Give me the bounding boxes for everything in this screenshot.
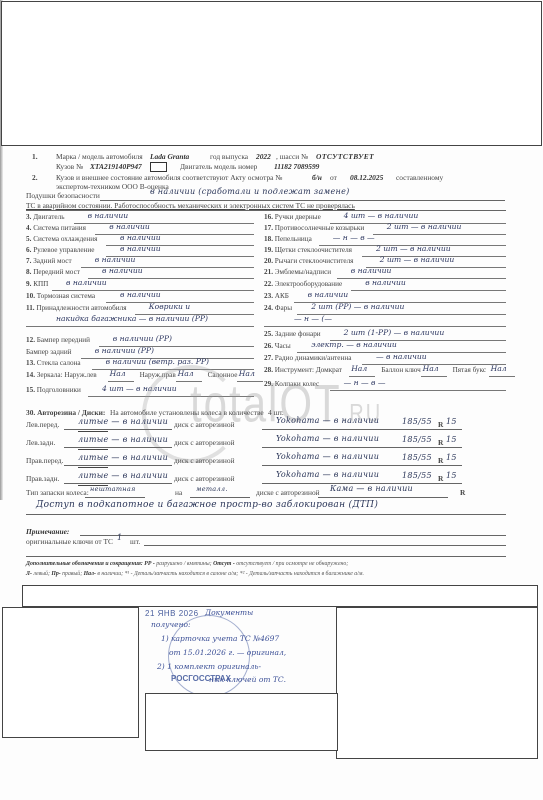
- act-from-label: от: [330, 173, 337, 182]
- item-value-continued: накидка багажника — в наличии (РР): [56, 314, 208, 323]
- item-label-text: Рычаги стеклоочистителя: [275, 257, 354, 265]
- item-number: 6.: [26, 246, 31, 254]
- item-value: в наличии (РР): [95, 346, 154, 355]
- tyre-underline: [64, 483, 172, 484]
- tyre-r-label: R: [438, 456, 443, 465]
- left-item-7: 10. Тормозная системав наличии: [26, 292, 254, 302]
- legend-s2: *² - Деталь/запчасть находится в багажни…: [240, 571, 364, 577]
- item-label: 7. Задний мост: [26, 257, 72, 265]
- keys-value: 1: [117, 533, 122, 542]
- item-value: в наличии: [66, 278, 107, 287]
- item-label: 26. Часы: [264, 342, 291, 350]
- item-number: 18.: [264, 235, 273, 243]
- redacted-signature-strip: [22, 585, 538, 607]
- tyre-radius-value: 15: [446, 435, 457, 444]
- tyre-position-label: Лев.перед.: [26, 420, 59, 429]
- act-date: 08.12.2025: [350, 173, 383, 182]
- redacted-vin-tail: [150, 162, 167, 172]
- item-underline: [264, 326, 506, 327]
- legend-pr-text: правый;: [62, 571, 82, 577]
- stamp-line-2: получено:: [151, 620, 191, 629]
- item-value: Нал: [423, 364, 439, 373]
- condition-note: ТС в аварийном состоянии. Работоспособно…: [26, 201, 355, 210]
- tyre-underline: [64, 429, 172, 430]
- item-label-text: Принадлежности автомобиля: [36, 304, 126, 312]
- tyre-underline: [262, 465, 462, 466]
- right-item-7: 23. АКБв наличии: [264, 292, 506, 302]
- item-number: 3.: [26, 213, 31, 221]
- spare-type-underline: [85, 497, 145, 498]
- item-value: в наличии: [351, 266, 392, 275]
- disk-value: литые — в наличии: [78, 453, 168, 462]
- tyre-size-value: 185/55: [402, 435, 432, 444]
- item-number: 28.: [264, 366, 273, 374]
- body-value: XTA219140P947: [90, 162, 142, 171]
- item-value: 2 шт — в наличии: [387, 222, 462, 231]
- item-underline: [26, 326, 254, 327]
- legend-pp-abbr: РР -: [144, 561, 154, 567]
- tyre-size-value: 185/55: [402, 453, 432, 462]
- make-value: Lada Granta: [150, 152, 189, 161]
- engine-value: 11182 7089599: [274, 162, 319, 171]
- year-value: 2022: [256, 152, 271, 161]
- keys-label: оригинальные ключи от ТС: [26, 537, 113, 546]
- tyre-r-label: R: [438, 438, 443, 447]
- item-label: 4. Система питания: [26, 224, 86, 232]
- tyre-position-label: Лев.задн.: [26, 438, 55, 447]
- stamp-line-3: 1) карточка учета ТС №4697: [161, 634, 279, 643]
- item-value: электр. — в наличии: [311, 340, 397, 349]
- item-label: 24. Фары: [264, 304, 292, 312]
- item-label-text: Радио динамики/антенна: [275, 354, 352, 362]
- tyre-r-label: R: [438, 474, 443, 483]
- disk-tyre-label: диск с авторезиной: [174, 420, 235, 429]
- redacted-left-block: [2, 607, 139, 738]
- legend-s1: *¹ - Деталь/запчасть находится в салоне …: [124, 571, 238, 577]
- legend-l-text: левый;: [33, 571, 50, 577]
- item-label: Бампер задний: [26, 348, 72, 356]
- item-label: 17. Противосолнечные козырьки: [264, 224, 364, 232]
- legend-l-abbr: Л-: [26, 571, 32, 577]
- tyre-underline: [64, 465, 172, 466]
- item-number: 19.: [264, 246, 273, 254]
- extra-note-underline: [26, 514, 506, 515]
- disk-type-caption: [78, 449, 108, 450]
- chassis-label: , шасси №: [276, 152, 308, 161]
- item-number: 4.: [26, 224, 31, 232]
- legend-otsut-text: отсутствует / при осмотре не обнаружено;: [236, 561, 348, 567]
- item-label-text: Эмблемы/надписи: [275, 268, 331, 276]
- right-item-9: 25. Задние фонари2 шт (1-РР) — в наличии: [264, 330, 506, 340]
- item-label-text: Инструмент: Домкрат: [275, 366, 342, 374]
- item-label-text: Задние фонари: [275, 330, 321, 338]
- right-item-0: 16. Ручки дверные4 шт — в наличии: [264, 213, 506, 223]
- legend-title: Дополнительные обозначения и сокращения:: [26, 561, 143, 567]
- item-value: — в наличии: [376, 352, 427, 361]
- item-number: 25.: [264, 330, 273, 338]
- tyre-underline: [262, 429, 462, 430]
- item-label: 11. Принадлежности автомобиля: [26, 304, 127, 312]
- tyre-brand-value: Yokohama — в наличии: [276, 416, 379, 425]
- spare-tyre: Кама — в наличии: [330, 484, 413, 493]
- item-label: 14. Зеркала: Наруж.лев: [26, 371, 97, 379]
- disk-tyre-label: диск с авторезиной: [174, 438, 235, 447]
- left-item-3: 6. Рулевое управлениев наличии: [26, 246, 254, 256]
- left-item-5: 8. Передний моств наличии: [26, 268, 254, 278]
- item-sublabel: Баллон ключ: [381, 366, 421, 374]
- item-value-continued: — н — (—: [294, 314, 332, 323]
- item-number: 21.: [264, 268, 273, 276]
- document-page: 1. Марка / модель автомобиля Lada Granta…: [0, 0, 543, 800]
- item-value: 2 шт — в наличии: [380, 255, 455, 264]
- legend: Дополнительные обозначения и сокращения:…: [26, 561, 348, 567]
- tyre-row: Лев.перед.литые — в наличиидиск с авторе…: [26, 420, 506, 434]
- item-label: 19. Щетки стеклоочистителя: [264, 246, 352, 254]
- keys-unit: шт.: [130, 537, 140, 546]
- item-label-text: Задний мост: [33, 257, 71, 265]
- notes-underline: [80, 535, 506, 536]
- tyre-position-label: Прав.задн.: [26, 474, 59, 483]
- tyre-size-value: 185/55: [402, 417, 432, 426]
- item-label: 12. Бампер передний: [26, 336, 90, 344]
- item-2-number: 2.: [32, 173, 38, 182]
- item-label: 22. Электрооборудование: [264, 280, 342, 288]
- left-item-8: 11. Принадлежности автомобиляКоврики ина…: [26, 304, 254, 314]
- legend-otsut-abbr: Отсут -: [213, 561, 235, 567]
- stamp-line-6: ных ключей от ТС.: [209, 675, 286, 684]
- item-label: 3. Двигатель: [26, 213, 64, 221]
- compiled-label: составленному: [396, 173, 443, 182]
- item-label-text: Система питания: [33, 224, 86, 232]
- stamp-line-1: Документы: [205, 608, 253, 617]
- item-label: 9. КПП: [26, 280, 48, 288]
- item-label: 13. Стекла салона: [26, 359, 81, 367]
- item-value: в наличии (РР): [113, 334, 172, 343]
- right-item-5: 21. Эмблемы/надписив наличии: [264, 268, 506, 278]
- tyre-radius-value: 15: [446, 471, 457, 480]
- item-value: — н — в —: [333, 233, 375, 242]
- item-value: 2 шт (РР) — в наличии: [311, 302, 404, 311]
- item-label: 25. Задние фонари: [264, 330, 321, 338]
- item-label-text: АКБ: [275, 292, 289, 300]
- disk-type-caption: [78, 467, 108, 468]
- airbags-label: Подушки безопасности: [26, 191, 100, 200]
- item-number: 14.: [26, 371, 35, 379]
- item-number: 10.: [26, 292, 35, 300]
- item-label: 8. Передний мост: [26, 268, 80, 276]
- legend-nal-abbr: Нал-: [84, 571, 96, 577]
- spare-disk-underline: [190, 497, 250, 498]
- item-label-text: Бампер задний: [26, 348, 72, 356]
- tyre-radius-value: 15: [446, 417, 457, 426]
- tyres-header-text: На автомобиле установлены колеса в колич…: [110, 408, 264, 417]
- item-value: в наличии: [102, 266, 143, 275]
- tyre-position-label: Прав.перед.: [26, 456, 63, 465]
- item-1-number: 1.: [32, 152, 38, 161]
- item-value: 4 шт — в наличии: [344, 211, 419, 220]
- tyre-row: Прав.перед.литые — в наличиидиск с автор…: [26, 456, 506, 470]
- keys-underline: [144, 545, 506, 546]
- item-label-text: Фары: [275, 304, 292, 312]
- item-label: 20. Рычаги стеклоочистителя: [264, 257, 353, 265]
- item-value: в наличии: [120, 244, 161, 253]
- item-number: 24.: [264, 304, 273, 312]
- item-number: 11.: [26, 304, 35, 312]
- item-number: 17.: [264, 224, 273, 232]
- date-stamp: 21 ЯНВ 2026: [145, 609, 199, 618]
- item-label-text: Стекла салона: [37, 359, 81, 367]
- item-label: 15. Подголовники: [26, 386, 81, 394]
- item-label-text: Щетки стеклоочистителя: [275, 246, 352, 254]
- item-value: Нал: [110, 369, 126, 378]
- item-label-text: Электрооборудование: [275, 280, 342, 288]
- act-number: б/н: [312, 173, 322, 182]
- blank-line: [26, 556, 506, 557]
- item-underline: [421, 376, 447, 377]
- tyre-brand-value: Yokohama — в наличии: [276, 470, 379, 479]
- item-value: 2 шт (1-РР) — в наличии: [344, 328, 445, 337]
- airbags-value: в наличии (сработали и подлежат замене): [150, 187, 350, 196]
- tyre-r-label: R: [438, 420, 443, 429]
- right-item-1: 17. Противосолнечные козырьки2 шт — в на…: [264, 224, 506, 234]
- left-item-6: 9. КППв наличии: [26, 280, 254, 290]
- disk-value: литые — в наличии: [78, 435, 168, 444]
- disk-type-caption: [78, 431, 108, 432]
- disk-tyre-label: диск с авторезиной: [174, 474, 235, 483]
- item-value: Нал: [351, 364, 367, 373]
- item-number: 16.: [264, 213, 273, 221]
- item-underline: [351, 290, 506, 291]
- item-value: Нал: [491, 364, 507, 373]
- tyre-brand-value: Yokohama — в наличии: [276, 434, 379, 443]
- item-value: в наличии: [308, 290, 349, 299]
- item-label: 16. Ручки дверные: [264, 213, 321, 221]
- item-value: в наличии: [120, 233, 161, 242]
- body-label: Кузов №: [56, 162, 83, 171]
- disk-value: литые — в наличии: [78, 471, 168, 480]
- item-label: 23. АКБ: [264, 292, 289, 300]
- year-label: год выпуска: [210, 152, 248, 161]
- item-label-text: Часы: [275, 342, 291, 350]
- left-item-11: 13. Стекла салонав наличии (ветр. раз. Р…: [26, 359, 254, 369]
- item-label-text: КПП: [33, 280, 48, 288]
- tyre-brand-value: Yokohama — в наличии: [276, 452, 379, 461]
- item-label: 10. Тормозная система: [26, 292, 95, 300]
- left-item-9: 12. Бампер переднийв наличии (РР): [26, 336, 254, 346]
- item-label-text: Рулевое управление: [33, 246, 94, 254]
- engine-label: Двигатель модель номер: [180, 162, 257, 171]
- make-label: Марка / модель автомобиля: [56, 152, 143, 161]
- tyre-underline: [262, 447, 462, 448]
- right-item-8: 24. Фары2 шт (РР) — в наличии— н — (—: [264, 304, 506, 314]
- item-label-text: Зеркала: Наруж.лев: [37, 371, 97, 379]
- tyre-underline: [64, 447, 172, 448]
- item-label-text: Пепельница: [275, 235, 312, 243]
- legend-nal-text: в наличии;: [97, 571, 123, 577]
- item-label-text: Бампер передний: [37, 336, 90, 344]
- tyre-size-value: 185/55: [402, 471, 432, 480]
- item-value: Коврики и: [149, 302, 190, 311]
- item-value: в наличии: [365, 278, 406, 287]
- redacted-center-block: [145, 693, 338, 751]
- item-number: 27.: [264, 354, 273, 362]
- redacted-header: [1, 1, 542, 146]
- spare-type: нештатная: [90, 485, 136, 493]
- stamp-line-5: 2) 1 комплект оригиналь-: [157, 662, 261, 671]
- item-number: 12.: [26, 336, 35, 344]
- item-label-text: Система охлаждения: [33, 235, 97, 243]
- item-number: 7.: [26, 257, 31, 265]
- item-label: 28. Инструмент: Домкрат: [264, 366, 342, 374]
- item-number: 26.: [264, 342, 273, 350]
- item-underline: [108, 381, 134, 382]
- item-number: 20.: [264, 257, 273, 265]
- item-value: в наличии: [120, 290, 161, 299]
- item-label: 5. Система охлаждения: [26, 235, 97, 243]
- tyre-row: Лев.задн.литые — в наличиидиск с авторез…: [26, 438, 506, 452]
- spare-tyre-underline: [318, 497, 448, 498]
- disk-value: литые — в наличии: [78, 417, 168, 426]
- item-label: 18. Пепельница: [264, 235, 312, 243]
- item-label-text: Подголовники: [37, 386, 81, 394]
- item-number: 9.: [26, 280, 31, 288]
- item-value: в наличии: [109, 222, 150, 231]
- item-number: 5.: [26, 235, 31, 243]
- right-item-10: 26. Часыэлектр. — в наличии: [264, 342, 506, 352]
- item-2-text: Кузов и внешнее состояние автомобиля соо…: [56, 173, 282, 182]
- item-number: 22.: [264, 280, 273, 288]
- item-underline: [489, 376, 515, 377]
- spare-label: Тип запаски колеса:: [26, 488, 89, 497]
- item-label-text: Двигатель: [33, 213, 64, 221]
- item-label-text: Ручки дверные: [275, 213, 321, 221]
- item-label: 6. Рулевое управление: [26, 246, 94, 254]
- item-underline: [337, 278, 506, 279]
- right-item-11: 27. Радио динамики/антенна— в наличии: [264, 354, 506, 364]
- item-label: 27. Радио динамики/антенна: [264, 354, 351, 362]
- notes-label: Примечание:: [26, 527, 69, 536]
- item-label-text: Противосолнечные козырьки: [275, 224, 364, 232]
- right-item-6: 22. Электрооборудованиев наличии: [264, 280, 506, 290]
- item-underline: [88, 278, 254, 279]
- spare-r: R: [460, 488, 465, 497]
- item-number: 8.: [26, 268, 31, 276]
- disk-tyre-label: диск с авторезиной: [174, 456, 235, 465]
- stamp-line-4: от 15.01.2026 г. — оригинал,: [169, 648, 286, 657]
- receipt-stamp-area: 21 ЯНВ 2026 Документы получено: 1) карто…: [143, 607, 338, 697]
- tyres-header: 30. Авторезина / Диски:: [26, 408, 105, 417]
- tyre-radius-value: 15: [446, 453, 457, 462]
- item-number: 13.: [26, 359, 35, 367]
- spare-on-label: на: [175, 488, 182, 497]
- item-sublabel: Пятая букс: [453, 366, 487, 374]
- item-label-text: Передний мост: [33, 268, 80, 276]
- item-label-text: Тормозная система: [37, 292, 95, 300]
- spare-disk: металл.: [196, 485, 228, 493]
- extra-note: Доступ в подкапотное и багажное простр-в…: [36, 500, 378, 510]
- item-value: в наличии: [95, 255, 136, 264]
- legend-pp-text: разрушено / вмятины;: [156, 561, 211, 567]
- spare-mid-label: диске с авторезиной: [256, 488, 320, 497]
- item-label: 21. Эмблемы/надписи: [264, 268, 331, 276]
- chassis-value: ОТСУТСТВУЕТ: [316, 152, 374, 161]
- item-number: 23.: [264, 292, 273, 300]
- item-number: 15.: [26, 386, 35, 394]
- item-value: 2 шт — в наличии: [376, 244, 451, 253]
- item-value: в наличии: [88, 211, 129, 220]
- legend-pr-abbr: Пр-: [51, 571, 60, 577]
- redacted-right-block: [336, 607, 538, 759]
- legend-line2: Л- левый; Пр- правый; Нал- в наличии; *¹…: [26, 571, 364, 577]
